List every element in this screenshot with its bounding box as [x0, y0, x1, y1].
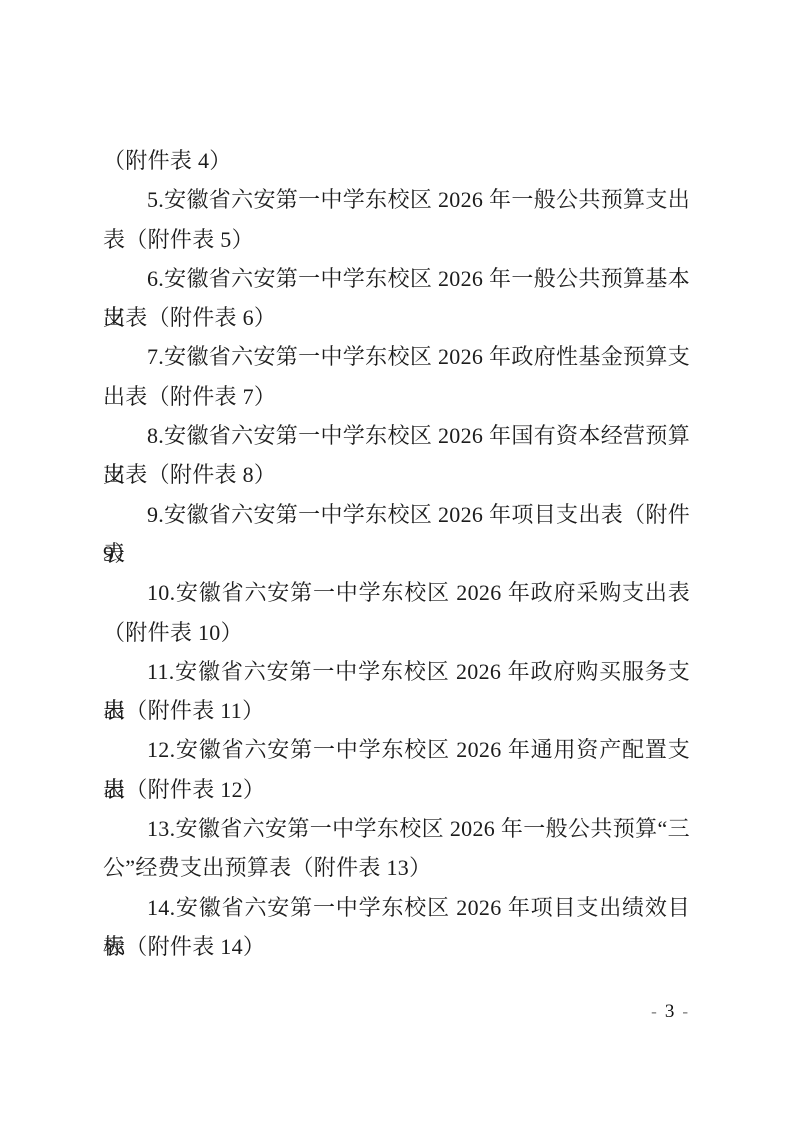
doc-line: 13.安徽省六安第一中学东校区 2026 年一般公共预算“三: [103, 809, 690, 848]
page-number-value: 3: [665, 1001, 675, 1022]
doc-line: （附件表 4）: [103, 141, 690, 180]
doc-line: 10.安徽省六安第一中学东校区 2026 年政府采购支出表: [103, 573, 690, 612]
doc-line: 8.安徽省六安第一中学东校区 2026 年国有资本经营预算支: [103, 416, 690, 455]
page-number: -3-: [649, 1000, 690, 1024]
doc-line: 5.安徽省六安第一中学东校区 2026 年一般公共预算支出: [103, 180, 690, 219]
doc-line: 11.安徽省六安第一中学东校区 2026 年政府购买服务支出: [103, 652, 690, 691]
document-page: （附件表 4） 5.安徽省六安第一中学东校区 2026 年一般公共预算支出 表（…: [0, 0, 793, 1122]
doc-line: 14.安徽省六安第一中学东校区 2026 年项目支出绩效目标: [103, 888, 690, 927]
doc-line: 表（附件表 14）: [103, 927, 690, 966]
doc-line: 表（附件表 5）: [103, 220, 690, 259]
doc-line: 出表（附件表 7）: [103, 377, 690, 416]
doc-line: 9.安徽省六安第一中学东校区 2026 年项目支出表（附件表: [103, 495, 690, 534]
doc-line: 7.安徽省六安第一中学东校区 2026 年政府性基金预算支: [103, 337, 690, 376]
page-number-dash: -: [651, 1002, 657, 1021]
doc-line: 表（附件表 11）: [103, 691, 690, 730]
document-body: （附件表 4） 5.安徽省六安第一中学东校区 2026 年一般公共预算支出 表（…: [103, 141, 690, 966]
doc-line: （附件表 10）: [103, 613, 690, 652]
doc-line: 出表（附件表 8）: [103, 455, 690, 494]
doc-line: 12.安徽省六安第一中学东校区 2026 年通用资产配置支出: [103, 730, 690, 769]
doc-line: 表（附件表 12）: [103, 770, 690, 809]
doc-line: 9）: [103, 534, 690, 573]
doc-line: 公”经费支出预算表（附件表 13）: [103, 848, 690, 887]
doc-line: 出表（附件表 6）: [103, 298, 690, 337]
page-number-dash: -: [682, 1002, 688, 1021]
doc-line: 6.安徽省六安第一中学东校区 2026 年一般公共预算基本支: [103, 259, 690, 298]
